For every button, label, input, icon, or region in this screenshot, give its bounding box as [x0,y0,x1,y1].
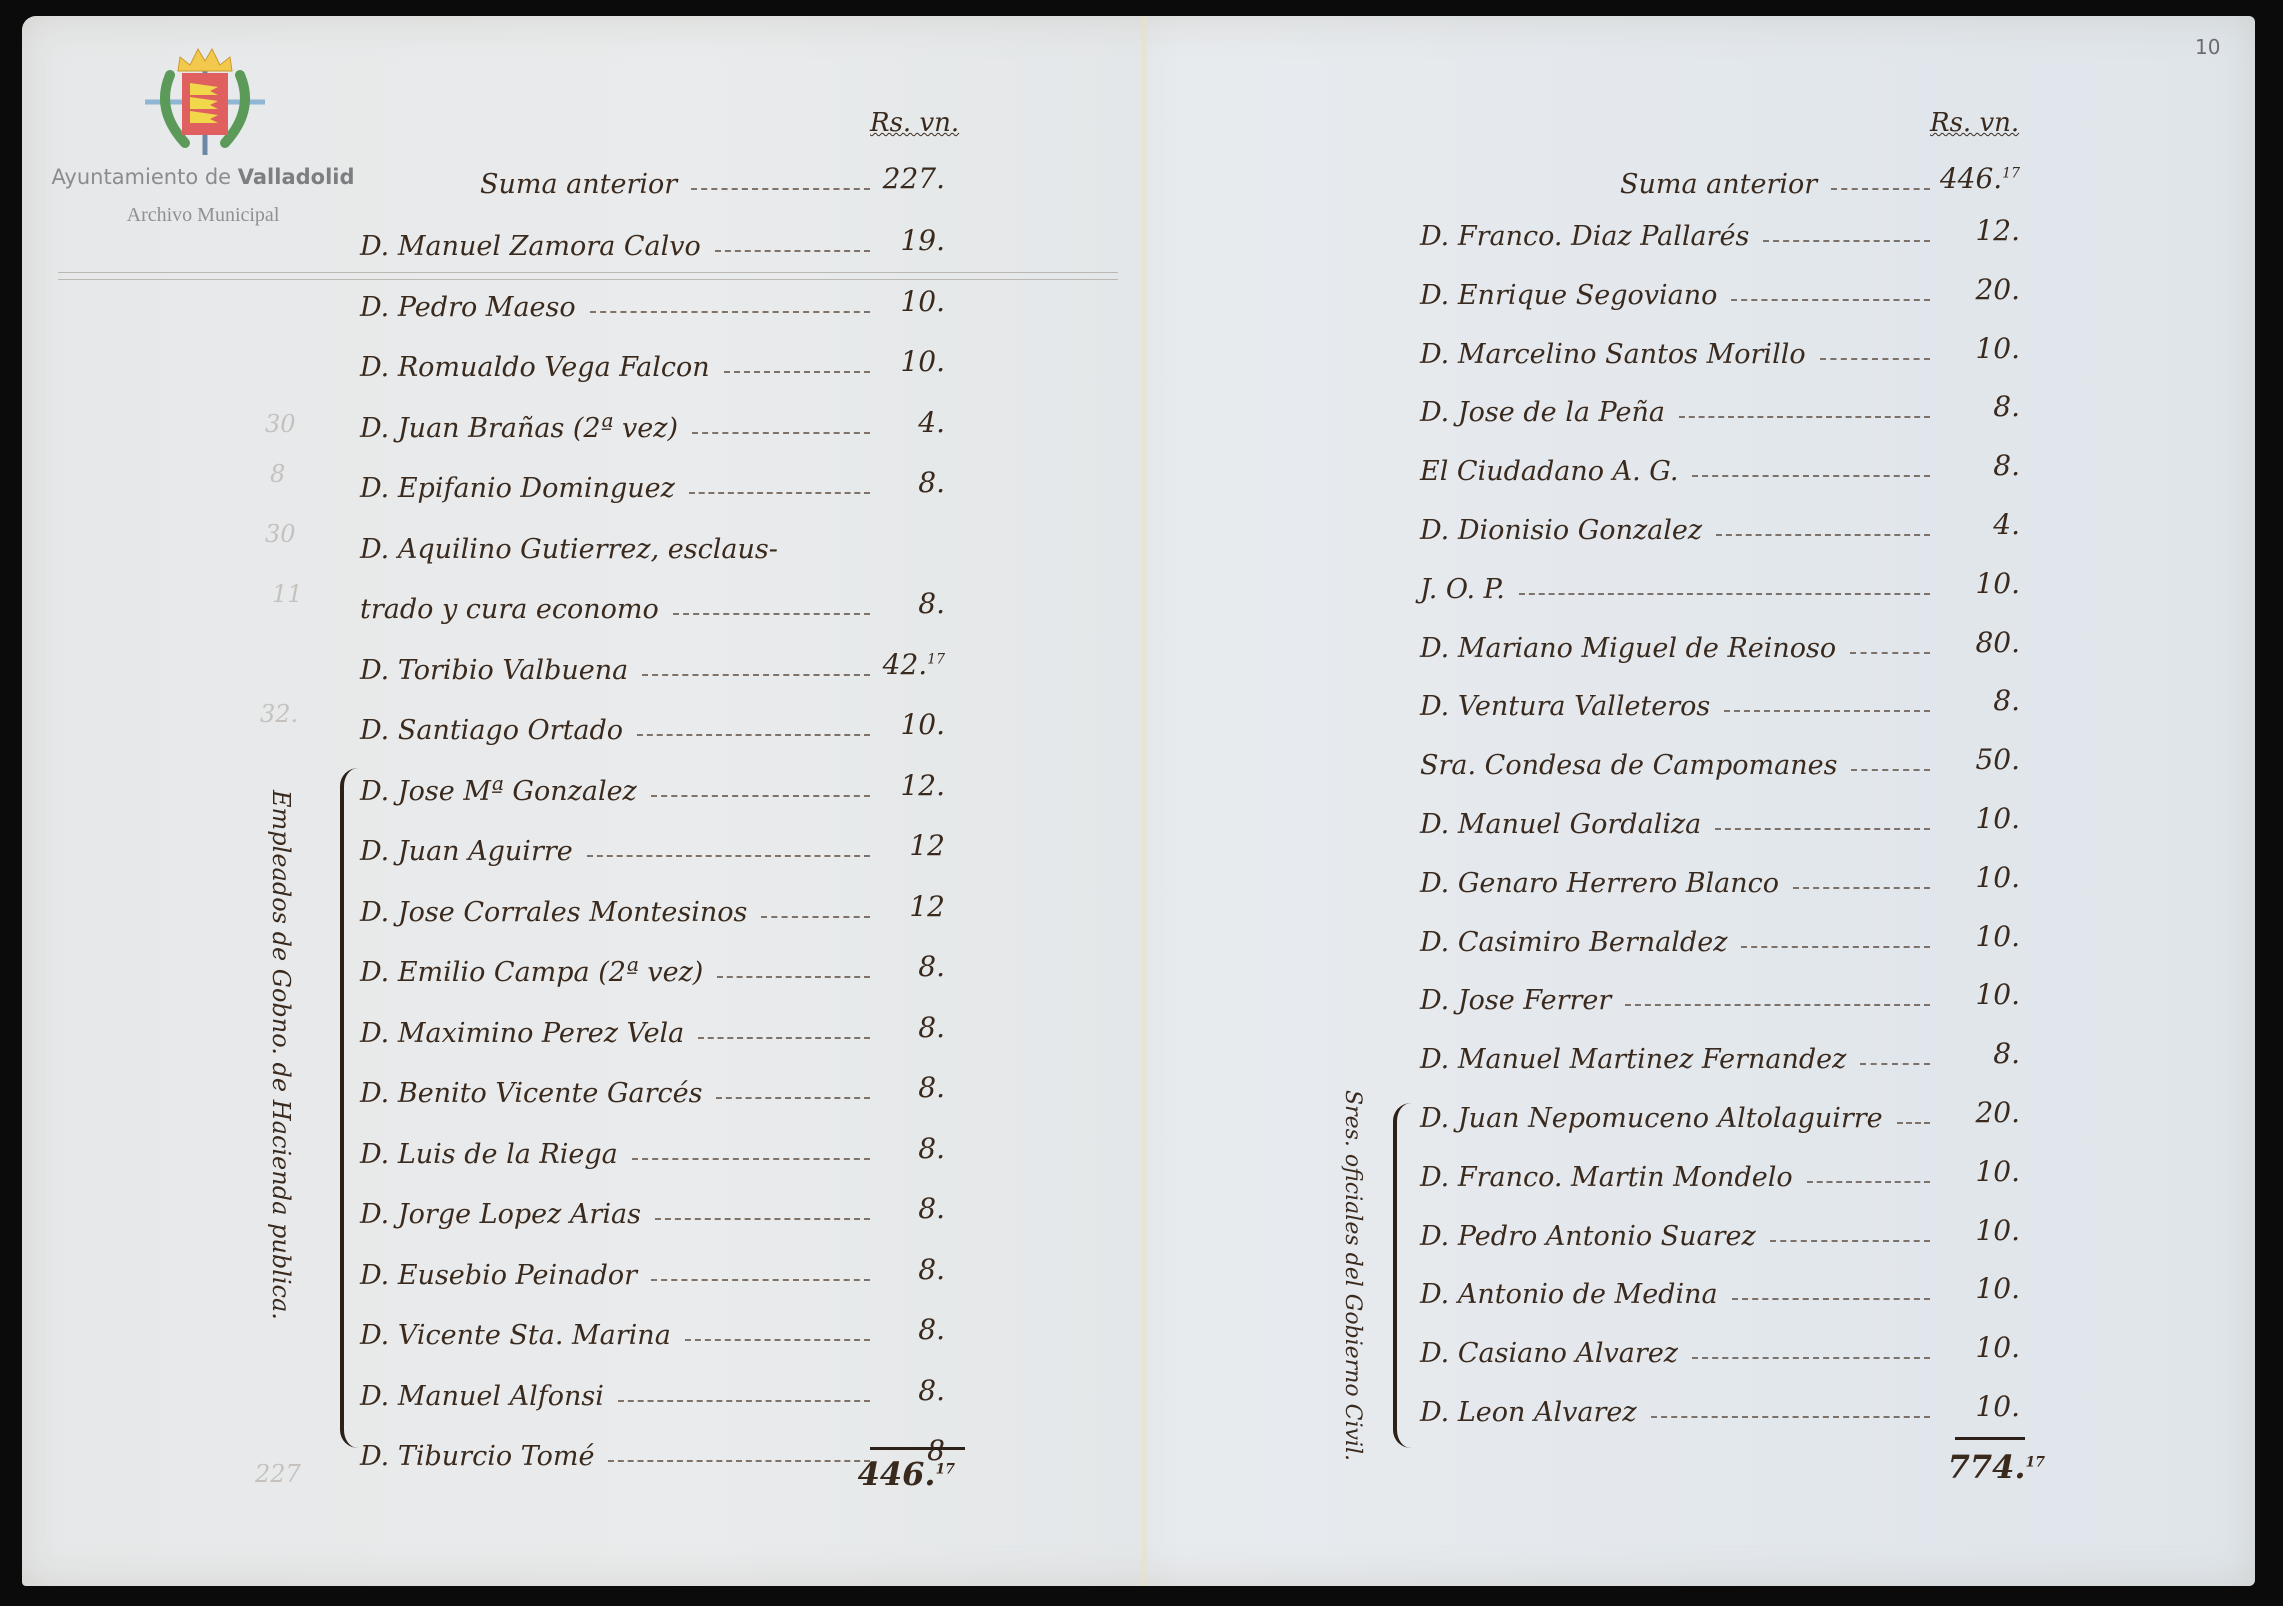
entry-name: D. Pedro Antonio Suarez [1420,1221,1756,1252]
entry-amount: 8. [855,1374,945,1407]
entry-name: D. Antonio de Medina [1420,1279,1718,1310]
ledger-entry-row: D. Pedro Antonio Suarez [1420,1212,1940,1252]
entry-amount: 8. [855,950,945,983]
entry-amount: 10. [855,285,945,318]
entry-amount: 8. [855,466,945,499]
dotted-leader [1770,1240,1930,1242]
dotted-leader [685,1339,870,1341]
entry-amount-value: 10. [1975,1272,2020,1305]
entry-name: D. Aquilino Gutierrez, esclaus- [360,534,778,565]
right-column-header: Rs. vn. [1930,108,2019,138]
dotted-leader [1731,299,1930,301]
entry-amount: 10. [1930,920,2020,953]
dotted-leader [651,795,870,797]
entry-amount-value: 10. [1975,802,2020,835]
entry-name: D. Emilio Campa (2ª vez) [360,957,703,988]
entry-name: D. Manuel Gordaliza [1420,809,1701,840]
entry-name: D. Toribio Valbuena [360,655,628,686]
entry-amount: 20. [1930,1096,2020,1129]
entry-amount-value: 8. [1993,390,2020,423]
entry-amount-value: 42. [883,648,928,681]
entry-name: D. Jose de la Peña [1420,397,1665,428]
entry-amount: 10. [855,345,945,378]
entry-amount-value: 10. [900,345,945,378]
dotted-leader [716,1097,870,1099]
entry-amount-value: 8. [1993,449,2020,482]
left-total-cents: 17 [936,1461,955,1477]
double-rule-line [58,272,1118,280]
carried-forward-label: Suma anterior [480,169,677,200]
entry-amount: 8. [855,1253,945,1286]
entry-name: D. Jose Corrales Montesinos [360,897,747,928]
entry-amount: 10. [1930,332,2020,365]
ledger-entry-row: D. Casimiro Bernaldez [1420,918,1940,958]
right-total-rule [1955,1437,2025,1440]
dotted-leader [1897,1122,1930,1124]
entry-name: D. Romualdo Vega Falcon [360,352,710,383]
entry-amount-value: 8. [918,1253,945,1286]
entry-amount-value: 80. [1975,626,2020,659]
ledger-entry-row: D. Franco. Martin Mondelo [1420,1153,1940,1193]
carried-forward-amount: 227. [855,162,945,195]
entry-name: D. Genaro Herrero Blanco [1420,868,1779,899]
archive-department: Archivo Municipal [38,204,368,227]
entry-name: D. Jorge Lopez Arias [360,1199,641,1230]
ledger-entry-row: D. Romualdo Vega Falcon [360,343,880,383]
entry-name: D. Enrique Segoviano [1420,280,1717,311]
entry-amount-value: 8. [1993,684,2020,717]
dotted-leader [1651,1416,1930,1418]
entry-amount-value: 10. [1975,978,2020,1011]
entry-amount: 10. [1930,1214,2020,1247]
entry-amount: 12. [855,769,945,802]
ledger-entry-row: D. Juan Brañas (2ª vez) [360,404,880,444]
left-column-header: Rs. vn. [870,108,959,138]
dotted-leader [1692,1357,1930,1359]
entry-amount-value: 12 [909,829,945,862]
ledger-entry-row: D. Manuel Gordaliza [1420,800,1940,840]
right-total-value: 774. [1948,1448,2026,1486]
entry-name: D. Leon Alvarez [1420,1397,1637,1428]
entry-amount: 10. [1930,978,2020,1011]
dotted-leader [632,1158,870,1160]
bleed-through-text: 227 [255,1460,301,1488]
entry-amount: 8. [855,1313,945,1346]
dotted-leader [1519,593,1930,595]
entry-amount-value: 8. [918,1132,945,1165]
left-bracket-note: Empleados de Gobno. de Hacienda publica. [267,790,295,1320]
dotted-leader [715,250,870,252]
ledger-entry-row: D. Vicente Sta. Marina [360,1311,880,1351]
left-carried-forward-row: Suma anterior [370,160,880,200]
entry-name: El Ciudadano A. G. [1420,456,1678,487]
dotted-leader [1679,416,1930,418]
entry-amount: 12 [855,890,945,923]
right-bracket [1393,1103,1411,1448]
entry-name: D. Maximino Perez Vela [360,1018,684,1049]
entry-name: D. Vicente Sta. Marina [360,1320,671,1351]
entry-amount: 50. [1930,743,2020,776]
dotted-leader [587,855,870,857]
entry-amount: 12 [855,829,945,862]
ledger-entry-row: D. Enrique Segoviano [1420,271,1940,311]
dotted-leader [1716,534,1930,536]
dotted-leader [691,188,870,190]
ledger-entry-row: J. O. P. [1420,565,1940,605]
entry-amount-value: 50. [1975,743,2020,776]
ledger-entry-row: D. Manuel Martinez Fernandez [1420,1035,1940,1075]
dotted-leader [651,1279,870,1281]
institution-label: Ayuntamiento de [51,165,231,189]
carried-forward-amount: 446. [1940,162,2002,195]
dotted-leader [1851,769,1930,771]
entry-amount: 4. [1930,508,2020,541]
dotted-leader [761,916,870,918]
ledger-entry-row: D. Emilio Campa (2ª vez) [360,948,880,988]
ledger-entry-row: D. Casiano Alvarez [1420,1329,1940,1369]
entry-amount: 10. [1930,1390,2020,1423]
dotted-leader [1724,710,1930,712]
right-carried-forward-amount: 446.17 [1930,162,2020,195]
right-total-cents: 17 [2026,1454,2045,1470]
entry-amount: 10. [1930,1272,2020,1305]
ledger-entry-row: D. Genaro Herrero Blanco [1420,859,1940,899]
dotted-leader [724,371,870,373]
dotted-leader [637,734,870,736]
ledger-entry-row: D. Ventura Valleteros [1420,682,1940,722]
entry-amount: 80. [1930,626,2020,659]
entry-name: D. Benito Vicente Garcés [360,1078,702,1109]
left-bracket [340,768,358,1448]
entry-name: D. Tiburcio Tomé [360,1441,594,1472]
dotted-leader [1820,358,1930,360]
ledger-entry-row: D. Maximino Perez Vela [360,1009,880,1049]
entry-name: D. Manuel Martinez Fernandez [1420,1044,1846,1075]
dotted-leader [717,976,870,978]
entry-amount: 8. [1930,449,2020,482]
dotted-leader [655,1218,870,1220]
entry-amount-value: 20. [1975,273,2020,306]
ledger-entry-row: D. Juan Nepomuceno Altolaguirre [1420,1094,1940,1134]
entry-name: D. Mariano Miguel de Reinoso [1420,633,1836,664]
ledger-entry-row: D. Tiburcio Tomé [360,1432,880,1472]
ledger-entry-row: D. Dionisio Gonzalez [1420,506,1940,546]
right-bracket-note: Sres. oficiales del Gobierno Civil. [1340,1090,1365,1461]
entry-amount-value: 8. [918,950,945,983]
entry-amount-value: 8. [918,1011,945,1044]
ledger-entry-row: D. Santiago Ortado [360,706,880,746]
ledger-entry-row: D. Benito Vicente Garcés [360,1069,880,1109]
entry-name: D. Dionisio Gonzalez [1420,515,1702,546]
entry-amount-value: 12 [909,890,945,923]
ledger-entry-row: D. Manuel Alfonsi [360,1372,880,1412]
ledger-entry-row: D. Toribio Valbuena [360,646,880,686]
entry-amount: 8. [855,587,945,620]
ledger-entry-row: D. Pedro Maeso [360,283,880,323]
entry-amount-value: 4. [918,406,945,439]
entry-amount: 8. [1930,1037,2020,1070]
ledger-entry-row: D. Jose Ferrer [1420,976,1940,1016]
dotted-leader [1793,887,1930,889]
entry-amount: 10. [1930,1155,2020,1188]
dotted-leader [689,492,870,494]
entry-amount-cents: 17 [927,651,945,667]
entry-amount-value: 8. [918,587,945,620]
entry-amount: 42.17 [855,648,945,681]
entry-amount-value: 10. [1975,1390,2020,1423]
entry-name: D. Casimiro Bernaldez [1420,927,1727,958]
dotted-leader [608,1460,870,1462]
entry-amount-value: 10. [1975,920,2020,953]
dotted-leader [1715,828,1930,830]
ledger-entry-row: D. Jose Mª Gonzalez [360,767,880,807]
entry-name: J. O. P. [1420,574,1505,605]
entry-amount: 8. [855,1011,945,1044]
entry-amount: 8. [1930,390,2020,423]
entry-name: D. Juan Brañas (2ª vez) [360,413,678,444]
ledger-entry-row: D. Franco. Diaz Pallarés [1420,212,1940,252]
entry-amount-value: 8. [918,466,945,499]
left-total-rule [870,1447,965,1450]
left-total: 446.17 [845,1455,955,1493]
entry-name: D. Ventura Valleteros [1420,691,1710,722]
dotted-leader [1807,1181,1930,1183]
dotted-leader [1831,188,1930,190]
ledger-entry-row: D. Luis de la Riega [360,1130,880,1170]
carried-forward-label: Suma anterior [1620,169,1817,200]
entry-name: Sra. Condesa de Campomanes [1420,750,1837,781]
entry-name: D. Manuel Alfonsi [360,1381,604,1412]
entry-amount-value: 10. [1975,1214,2020,1247]
entry-amount-value: 10. [1975,861,2020,894]
entry-name: D. Pedro Maeso [360,292,576,323]
dotted-leader [1692,475,1930,477]
entry-amount: 10. [855,708,945,741]
ledger-entry-row: Sra. Condesa de Campomanes [1420,741,1940,781]
dotted-leader [642,674,870,676]
ledger-entry-row: D. Jose Corrales Montesinos [360,888,880,928]
carried-forward-cents: 17 [2002,166,2020,182]
entry-amount: 8. [855,1132,945,1165]
entry-amount-value: 10. [1975,332,2020,365]
entry-name: D. Juan Aguirre [360,836,573,867]
entry-name: D. Eusebio Peinador [360,1260,637,1291]
entry-amount-value: 10. [1975,1331,2020,1364]
entry-name: D. Franco. Diaz Pallarés [1420,221,1749,252]
entry-name: D. Jose Ferrer [1420,985,1611,1016]
center-fold [1140,16,1148,1586]
ledger-entry-row: D. Manuel Zamora Calvo [360,222,880,262]
entry-name: D. Manuel Zamora Calvo [360,231,701,262]
entry-amount-value: 8. [918,1374,945,1407]
dotted-leader [618,1400,870,1402]
dotted-leader [1850,652,1930,654]
bleed-through-text: 30 [265,520,296,548]
folio-number: 10 [2195,35,2220,59]
ledger-entry-row: trado y cura economo [360,585,880,625]
right-total: 774.17 [1935,1448,2045,1486]
bleed-through-text: 8 [270,460,285,488]
institution-city: Valladolid [238,165,355,189]
entry-amount-value: 8. [918,1313,945,1346]
entry-amount: 10. [1930,1331,2020,1364]
ledger-entry-row: D. Juan Aguirre [360,827,880,867]
entry-amount: 20. [1930,273,2020,306]
ledger-entry-row: D. Leon Alvarez [1420,1388,1940,1428]
ledger-entry-row: D. Marcelino Santos Morillo [1420,330,1940,370]
entry-name: D. Casiano Alvarez [1420,1338,1678,1369]
dotted-leader [1625,1004,1930,1006]
entry-amount-value: 10. [1975,1155,2020,1188]
entry-name: trado y cura economo [360,594,659,625]
entry-amount: 4. [855,406,945,439]
right-carried-forward-row: Suma anterior [1620,160,1940,200]
entry-name: D. Luis de la Riega [360,1139,618,1170]
entry-amount-value: 12. [1975,214,2020,247]
entry-amount: 19. [855,224,945,257]
entry-amount-value: 10. [1975,567,2020,600]
entry-amount: 8. [855,1192,945,1225]
entry-amount: 10. [1930,567,2020,600]
ledger-entry-row: El Ciudadano A. G. [1420,447,1940,487]
entry-amount-value: 19. [900,224,945,257]
bleed-through-text: 30 [265,410,296,438]
dotted-leader [1860,1063,1930,1065]
dotted-leader [1741,946,1930,948]
ledger-entry-row: D. Jose de la Peña [1420,388,1940,428]
dotted-leader [1763,240,1930,242]
entry-amount-value: 20. [1975,1096,2020,1129]
entry-name: D. Juan Nepomuceno Altolaguirre [1420,1103,1883,1134]
entry-amount-value: 12. [900,769,945,802]
archive-institution-name: Ayuntamiento de Valladolid [38,165,368,189]
entry-name: D. Jose Mª Gonzalez [360,776,637,807]
entry-amount-value: 8. [1993,1037,2020,1070]
ledger-entry-row: D. Epifanio Dominguez [360,464,880,504]
entry-amount-value: 10. [900,285,945,318]
entry-amount: 12. [1930,214,2020,247]
dotted-leader [673,613,870,615]
entry-name: D. Franco. Martin Mondelo [1420,1162,1793,1193]
bleed-through-text: 11 [272,580,303,608]
entry-amount-value: 10. [900,708,945,741]
dotted-leader [698,1037,870,1039]
entry-name: D. Santiago Ortado [360,715,623,746]
entry-amount-value: 8. [918,1071,945,1104]
ledger-entry-row: D. Mariano Miguel de Reinoso [1420,624,1940,664]
entry-amount: 10. [1930,861,2020,894]
entry-amount: 8. [1930,684,2020,717]
dotted-leader [692,432,870,434]
entry-amount: 8. [855,1071,945,1104]
dotted-leader [1732,1298,1930,1300]
ledger-entry-row: D. Antonio de Medina [1420,1270,1940,1310]
entry-name: D. Marcelino Santos Morillo [1420,339,1806,370]
dotted-leader [590,311,870,313]
bleed-through-text: 32. [260,700,298,728]
ledger-entry-row: D. Jorge Lopez Arias [360,1190,880,1230]
ledger-entry-row: D. Eusebio Peinador [360,1251,880,1291]
entry-amount-value: 4. [1993,508,2020,541]
valladolid-coat-of-arms-icon [140,35,270,165]
left-total-value: 446. [858,1455,936,1493]
entry-amount-value: 8. [918,1192,945,1225]
entry-amount: 10. [1930,802,2020,835]
ledger-entry-row: D. Aquilino Gutierrez, esclaus- [360,525,880,565]
entry-name: D. Epifanio Dominguez [360,473,675,504]
